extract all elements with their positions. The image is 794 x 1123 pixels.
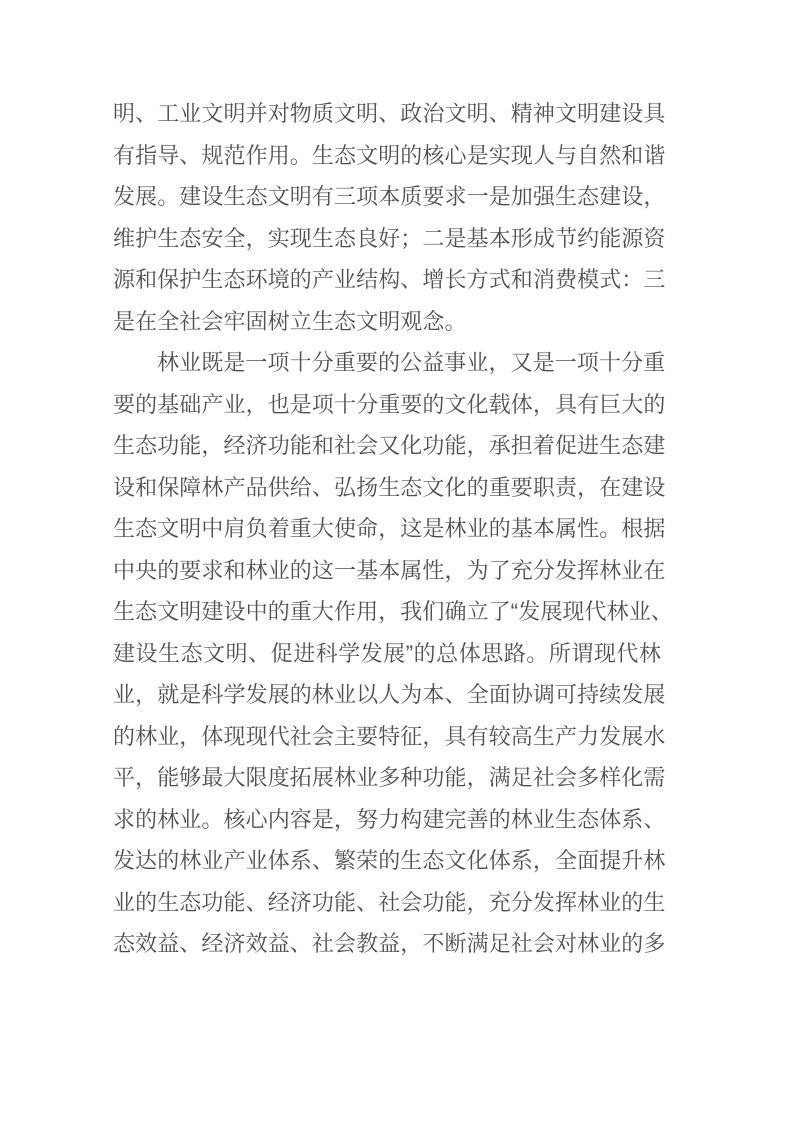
text-line: 发展。建设生态文明有三项本质要求一是加强生态建设， bbox=[113, 176, 661, 218]
text-line: 的林业，体现现代社会主要特征，具有较高生产力发展水 bbox=[113, 716, 661, 758]
text-line: 维护生态安全，实现生态良好；二是基本形成节约能源资 bbox=[113, 218, 661, 260]
document-body: 明、工业文明并对物质文明、政治文明、精神文明建设具有指导、规范作用。生态文明的核… bbox=[113, 93, 661, 965]
text-line: 业的生态功能、经济功能、社会功能，充分发挥林业的生 bbox=[113, 882, 661, 924]
text-line: 生态功能，经济功能和社会又化功能，承担着促进生态建 bbox=[113, 425, 661, 467]
text-line: 林业既是一项十分重要的公益事业，又是一项十分重 bbox=[113, 342, 661, 384]
text-line: 源和保护生态环境的产业结构、增长方式和消费模式：三 bbox=[113, 259, 661, 301]
text-line: 生态文明建设中的重大作用，我们确立了“发展现代林业、 bbox=[113, 591, 661, 633]
text-line: 生态文明中肩负着重大使命，这是林业的基本属性。根据 bbox=[113, 508, 661, 550]
text-line: 平，能够最大限度拓展林业多种功能，满足社会多样化需 bbox=[113, 757, 661, 799]
text-line: 要的基础产业，也是项十分重要的文化载体，具有巨大的 bbox=[113, 384, 661, 426]
text-line: 中央的要求和林业的这一基本属性，为了充分发挥林业在 bbox=[113, 550, 661, 592]
text-line: 有指导、规范作用。生态文明的核心是实现人与自然和谐 bbox=[113, 135, 661, 177]
text-line: 是在全社会牢固树立生态文明观念。 bbox=[113, 301, 661, 343]
text-line: 建设生态文明、促进科学发展”的总体思路。所谓现代林 bbox=[113, 633, 661, 675]
text-line: 求的林业。核心内容是，努力构建完善的林业生态体系、 bbox=[113, 799, 661, 841]
paragraph: 林业既是一项十分重要的公益事业，又是一项十分重要的基础产业，也是项十分重要的文化… bbox=[113, 342, 661, 965]
text-line: 态效益、经济效益、社会教益，不断满足社会对林业的多 bbox=[113, 923, 661, 965]
text-line: 业，就是科学发展的林业以人为本、全面协调可持续发展 bbox=[113, 674, 661, 716]
text-line: 明、工业文明并对物质文明、政治文明、精神文明建设具 bbox=[113, 93, 661, 135]
paragraph: 明、工业文明并对物质文明、政治文明、精神文明建设具有指导、规范作用。生态文明的核… bbox=[113, 93, 661, 342]
text-line: 发达的林业产业体系、繁荣的生态文化体系，全面提升林 bbox=[113, 840, 661, 882]
text-line: 设和保障林产品供给、弘扬生态文化的重要职责，在建设 bbox=[113, 467, 661, 509]
document-page: 明、工业文明并对物质文明、政治文明、精神文明建设具有指导、规范作用。生态文明的核… bbox=[0, 0, 794, 1123]
